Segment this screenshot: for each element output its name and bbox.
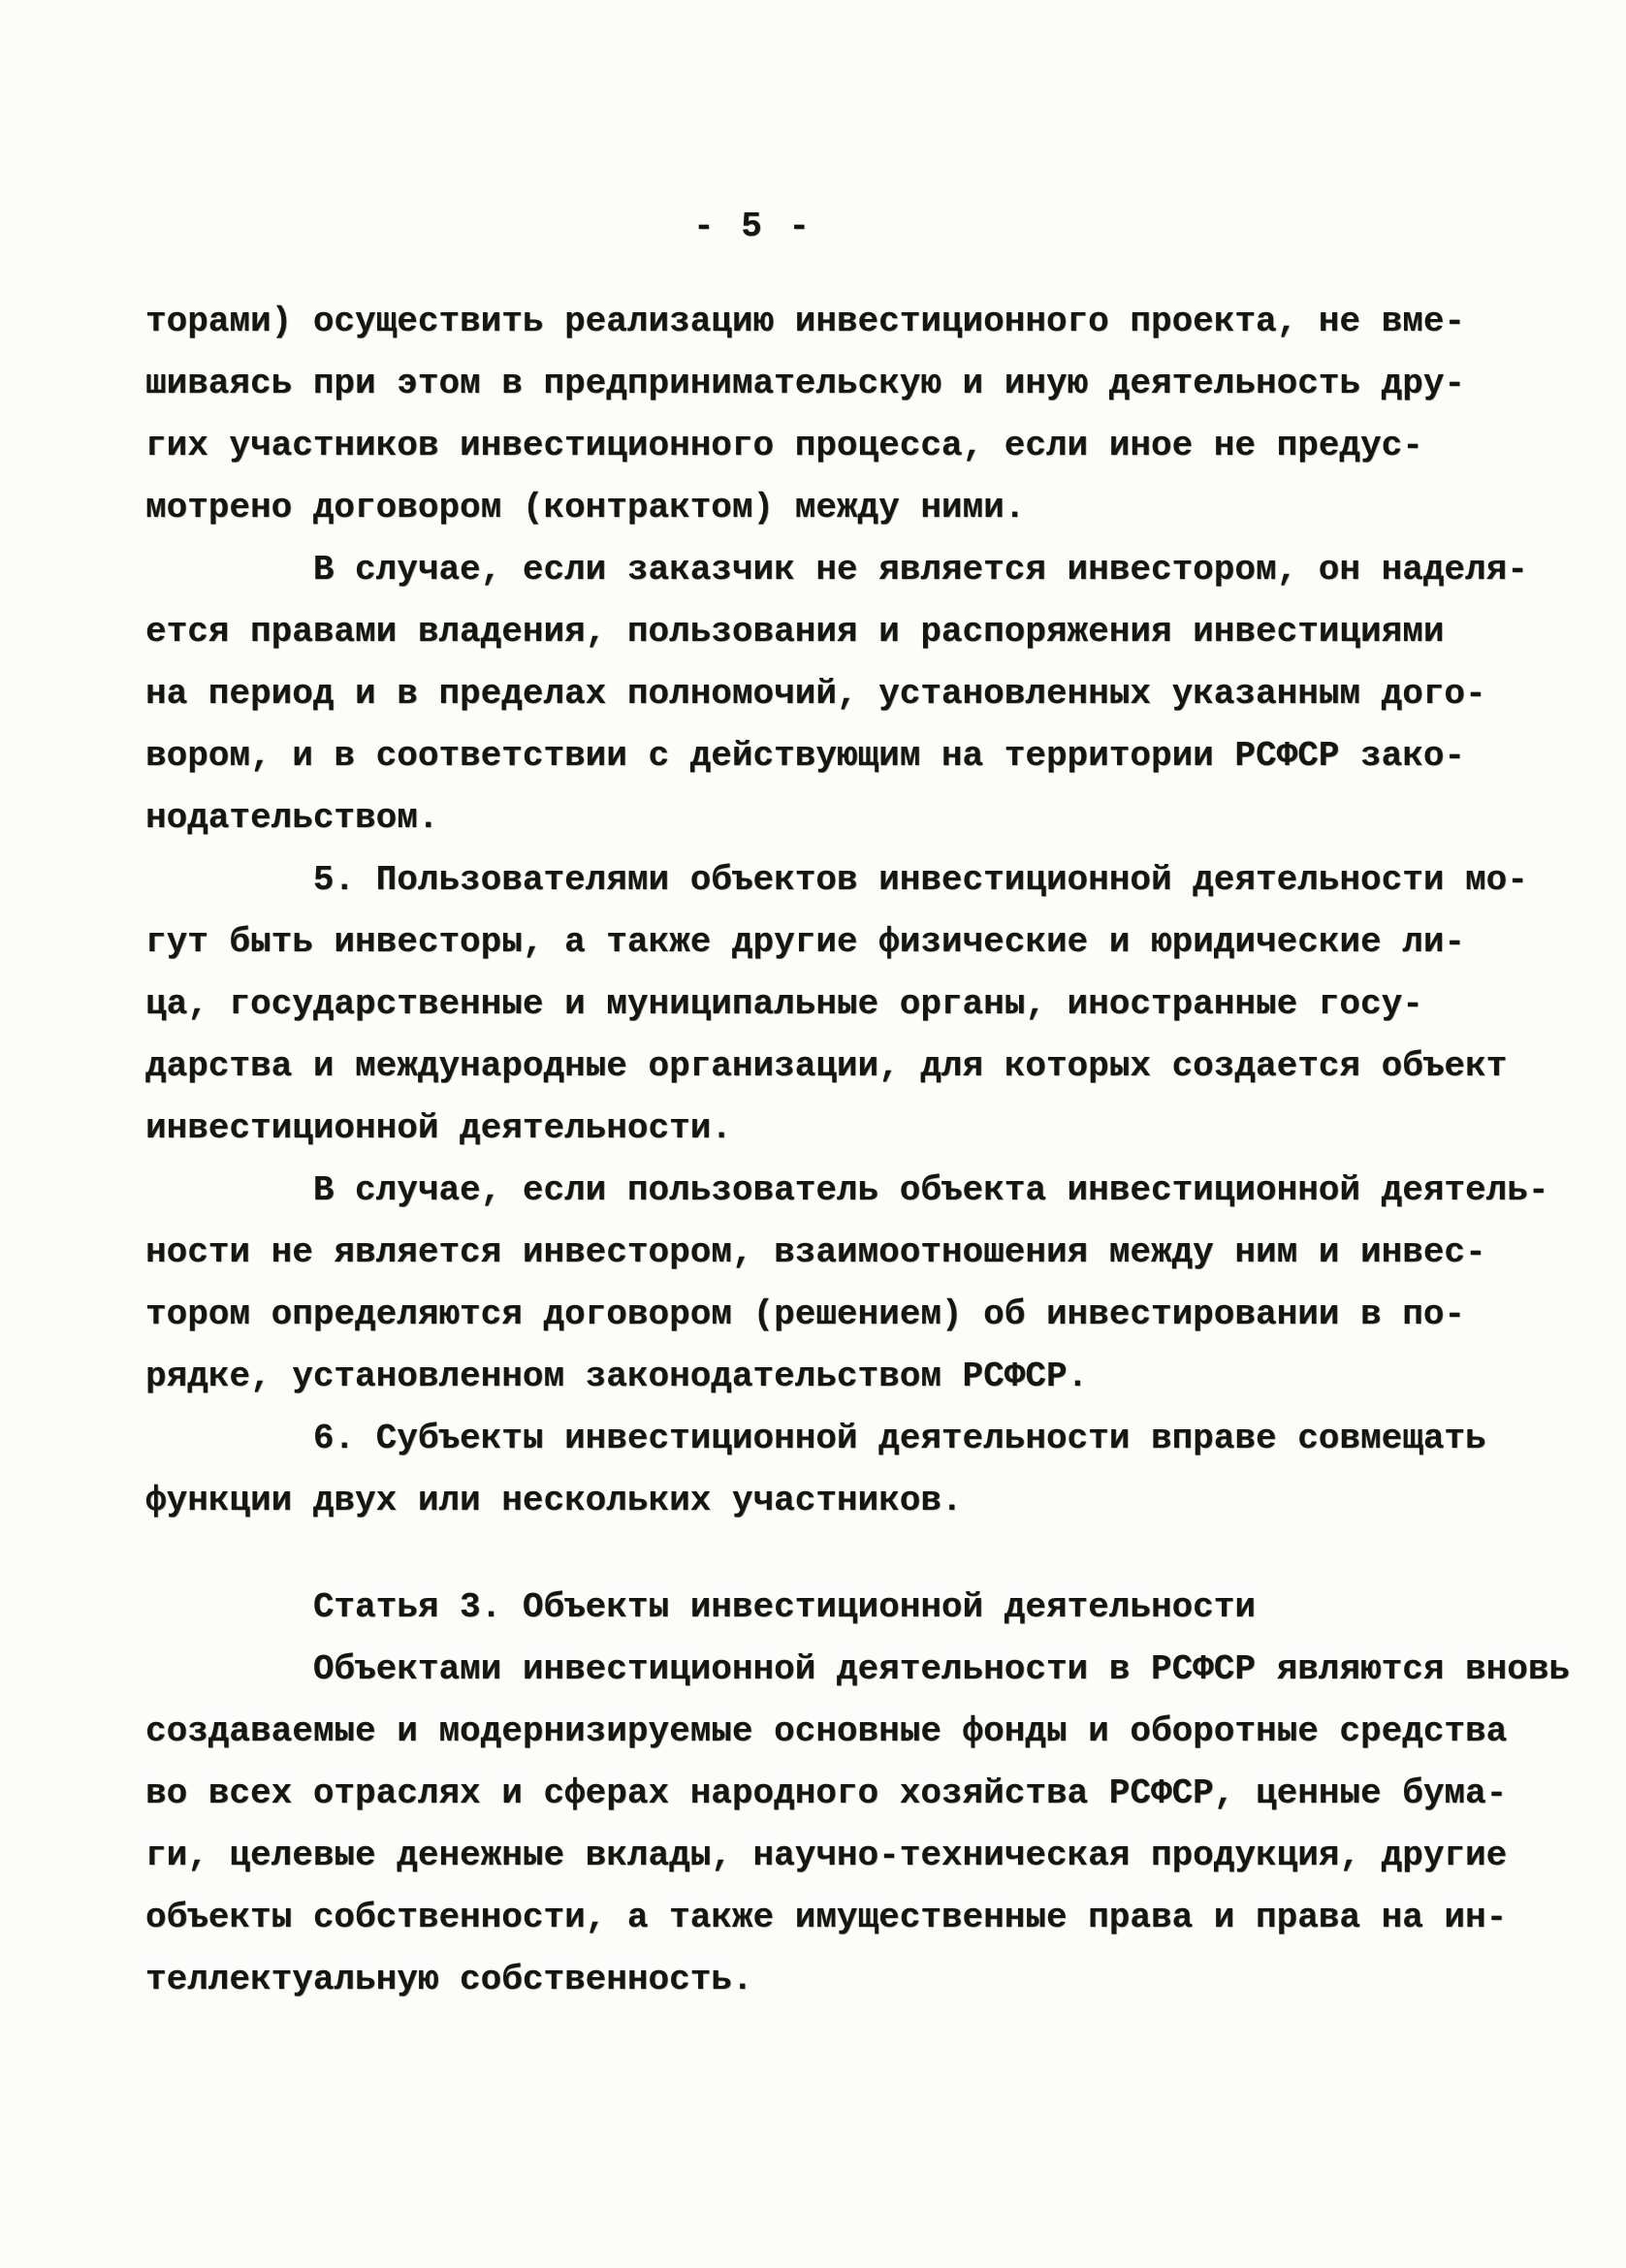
text-line: ется правами владения, пользования и рас… [145, 601, 1580, 663]
text-line: во всех отраслях и сферах народного хозя… [145, 1763, 1580, 1825]
text-line: 6. Субъекты инвестиционной деятельности … [145, 1408, 1580, 1470]
text-line: шиваясь при этом в предпринимательскую и… [145, 353, 1580, 415]
paragraph: 6. Субъекты инвестиционной деятельности … [145, 1408, 1580, 1532]
text-line: вором, и в соответствии с действующим на… [145, 725, 1580, 787]
text-line: на период и в пределах полномочий, устан… [145, 663, 1580, 725]
text-line: ца, государственные и муниципальные орга… [145, 974, 1580, 1036]
page-number: - 5 - [0, 206, 1566, 248]
text-line: тором определяются договором (решением) … [145, 1284, 1580, 1346]
text-line: гих участников инвестиционного процесса,… [145, 415, 1580, 477]
text-line: В случае, если заказчик не является инве… [145, 539, 1580, 601]
text-line: функции двух или нескольких участников. [145, 1470, 1580, 1532]
text-line: мотрено договором (контрактом) между ним… [145, 477, 1580, 539]
paragraph: В случае, если пользователь объекта инве… [145, 1160, 1580, 1408]
text-line: создаваемые и модернизируемые основные ф… [145, 1701, 1580, 1763]
text-line: ности не является инвестором, взаимоотно… [145, 1222, 1580, 1284]
paragraph: торами) осуществить реализацию инвестици… [145, 291, 1580, 539]
paragraph: 5. Пользователями объектов инвестиционно… [145, 849, 1580, 1160]
text-line: Статья 3. Объекты инвестиционной деятель… [145, 1577, 1580, 1639]
paragraph: Объектами инвестиционной деятельности в … [145, 1639, 1580, 2011]
document-page: - 5 - торами) осуществить реализацию инв… [0, 0, 1626, 2268]
text-line: гут быть инвесторы, а также другие физич… [145, 911, 1580, 974]
text-line: рядке, установленном законодательством Р… [145, 1346, 1580, 1408]
paragraph: В случае, если заказчик не является инве… [145, 539, 1580, 849]
text-line: В случае, если пользователь объекта инве… [145, 1160, 1580, 1222]
text-line: инвестиционной деятельности. [145, 1098, 1580, 1160]
text-line: 5. Пользователями объектов инвестиционно… [145, 849, 1580, 911]
text-line: торами) осуществить реализацию инвестици… [145, 291, 1580, 353]
article-heading: Статья 3. Объекты инвестиционной деятель… [145, 1577, 1580, 1639]
text-line: теллектуальную собственность. [145, 1949, 1580, 2011]
text-line: ги, целевые денежные вклады, научно-техн… [145, 1825, 1580, 1887]
text-line: нодательством. [145, 787, 1580, 849]
text-line: Объектами инвестиционной деятельности в … [145, 1639, 1580, 1701]
text-line: дарства и международные организации, для… [145, 1036, 1580, 1098]
text-line: объекты собственности, а также имуществе… [145, 1887, 1580, 1949]
document-body: торами) осуществить реализацию инвестици… [145, 291, 1580, 2011]
